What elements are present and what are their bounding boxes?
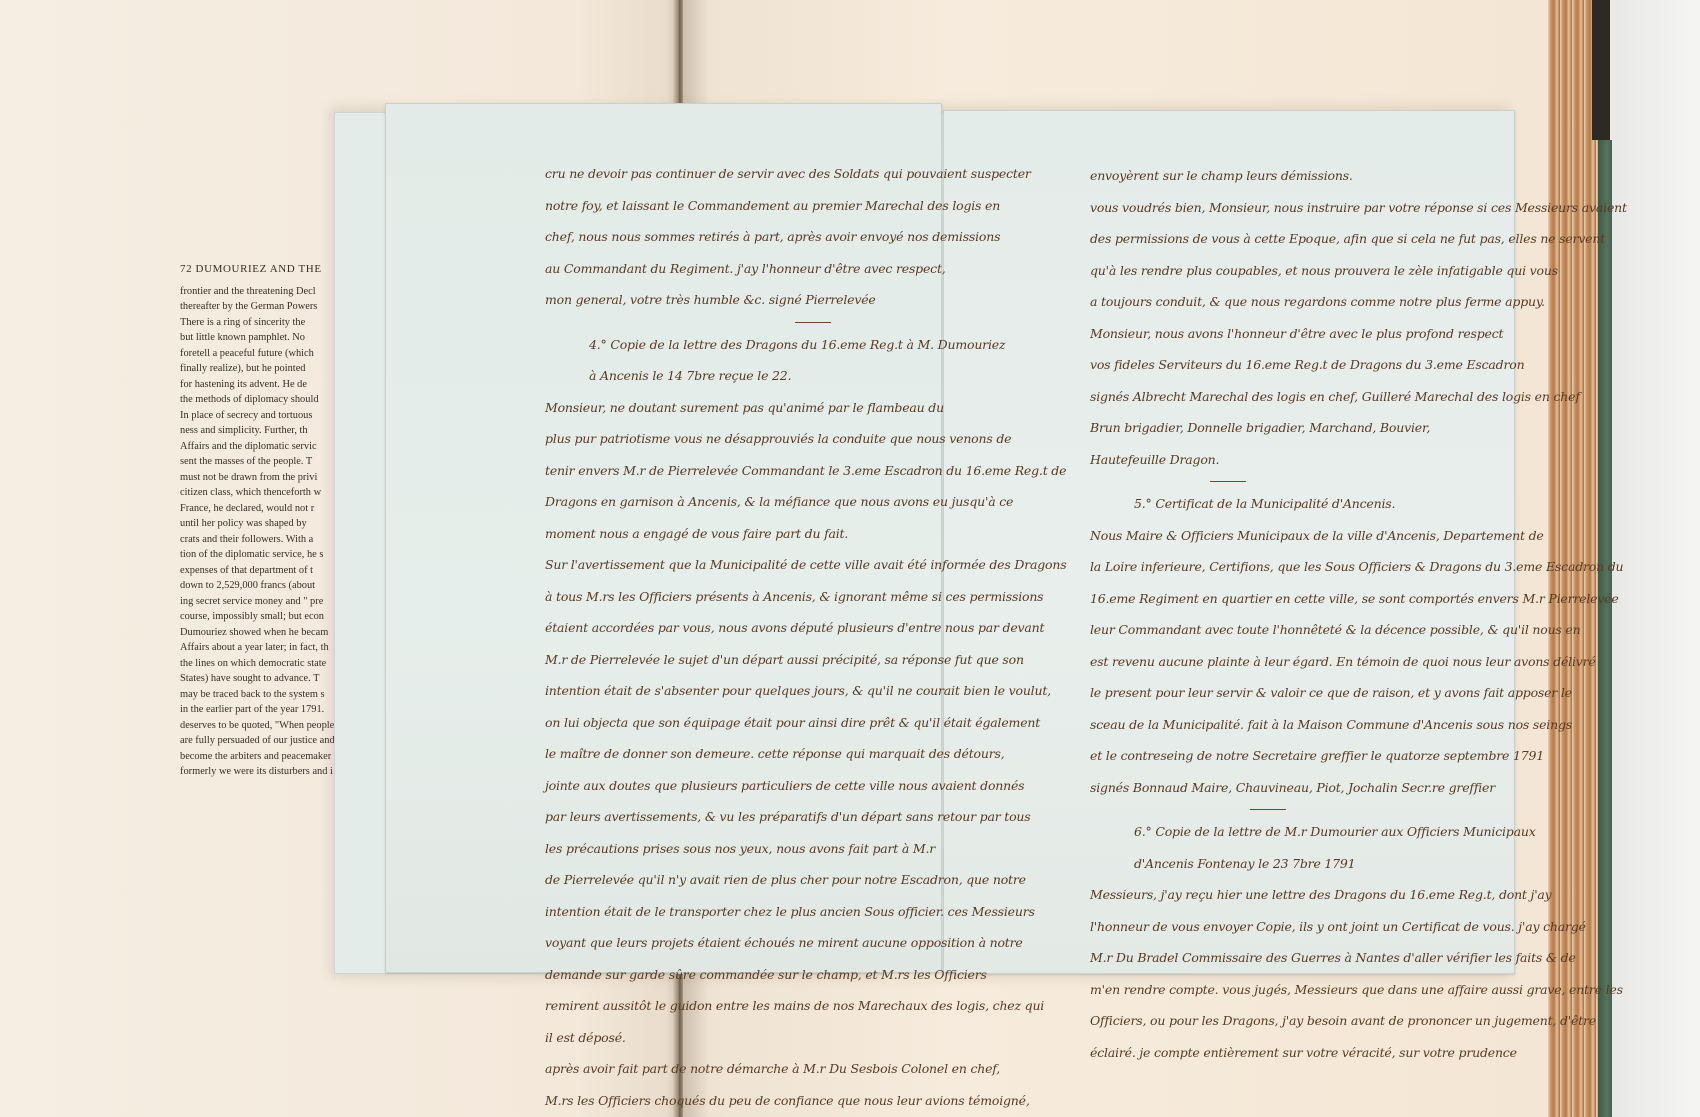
handwritten-line: vos fideles Serviteurs du 16.eme Reg.t d… <box>1090 349 1627 381</box>
divider-rule <box>1250 809 1286 810</box>
handwritten-line: moment nous a engagé de vous faire part … <box>545 518 1066 550</box>
handwritten-line: les précautions prises sous nos yeux, no… <box>545 833 1066 865</box>
section-4-heading: 4.° Copie de la lettre des Dragons du 16… <box>545 329 1066 392</box>
handwritten-line: sceau de la Municipalité. fait à la Mais… <box>1090 709 1627 741</box>
handwritten-line: cru ne devoir pas continuer de servir av… <box>545 158 1066 190</box>
handwritten-line: on lui objecta que son équipage était po… <box>545 707 1066 739</box>
section-6-body: Messieurs, j'ay reçu hier une lettre des… <box>1090 879 1627 1068</box>
handwritten-line: Sur l'avertissement que la Municipalité … <box>545 549 1066 581</box>
handwritten-line: Messieurs, j'ay reçu hier une lettre des… <box>1090 879 1627 911</box>
running-header: 72 DUMOURIEZ AND THE <box>180 262 340 278</box>
handwritten-line: M.rs les Officiers choqués du peu de con… <box>545 1085 1066 1117</box>
handwritten-line: à tous M.rs les Officiers présents à Anc… <box>545 581 1066 613</box>
handwritten-line: Monsieur, nous avons l'honneur d'être av… <box>1090 318 1627 350</box>
printed-line: thereafter by the German Powers <box>180 299 340 315</box>
printed-line: are fully persuaded of our justice and <box>180 733 340 749</box>
printed-line: finally realize), but he pointed <box>180 361 340 377</box>
printed-line: tion of the diplomatic service, he s <box>180 547 340 563</box>
printed-line: expenses of that department of t <box>180 563 340 579</box>
printed-line: ing secret service money and " pre <box>180 594 340 610</box>
handwritten-line: m'en rendre compte. vous jugés, Messieur… <box>1090 974 1627 1006</box>
printed-line: There is a ring of sincerity the <box>180 315 340 331</box>
printed-line: course, impossibly small; but econ <box>180 609 340 625</box>
printed-line: frontier and the threatening Decl <box>180 284 340 300</box>
handwritten-line: le maître de donner son demeure. cette r… <box>545 738 1066 770</box>
section-6-heading: 6.° Copie de la lettre de M.r Dumourier … <box>1090 816 1627 879</box>
printed-line: in the earlier part of the year 1791. <box>180 702 340 718</box>
handwritten-line: au Commandant du Regiment. j'ay l'honneu… <box>545 253 1066 285</box>
printed-line: foretell a peaceful future (which <box>180 346 340 362</box>
printed-line: deserves to be quoted, "When people <box>180 718 340 734</box>
handwritten-line: remirent aussitôt le guidon entre les ma… <box>545 990 1066 1022</box>
handwritten-line: vous voudrés bien, Monsieur, nous instru… <box>1090 192 1627 224</box>
manuscript-left-text: cru ne devoir pas continuer de servir av… <box>545 158 1066 1116</box>
handwritten-line: jointe aux doutes que plusieurs particul… <box>545 770 1066 802</box>
handwritten-line: éclairé. je compte entièrement sur votre… <box>1090 1037 1627 1069</box>
handwritten-line: mon general, votre très humble &c. signé… <box>545 284 1066 316</box>
printed-line: ness and simplicity. Further, th <box>180 423 340 439</box>
handwritten-line: M.r Du Bradel Commissaire des Guerres à … <box>1090 942 1627 974</box>
handwritten-line: des permissions de vous à cette Epoque, … <box>1090 223 1627 255</box>
printed-line: until her policy was shaped by <box>180 516 340 532</box>
handwritten-line: par leurs avertissements, & vu les prépa… <box>545 801 1066 833</box>
handwritten-line: notre foy, et laissant le Commandement a… <box>545 190 1066 222</box>
printed-line: crats and their followers. With a <box>180 532 340 548</box>
handwritten-line: le present pour leur servir & valoir ce … <box>1090 677 1627 709</box>
printed-line: Dumouriez showed when he becam <box>180 625 340 641</box>
divider-rule <box>795 322 831 323</box>
left-opening-lines: cru ne devoir pas continuer de servir av… <box>545 158 1066 316</box>
handwritten-line: intention était de s'absenter pour quelq… <box>545 675 1066 707</box>
handwritten-line: plus pur patriotisme vous ne désapprouvi… <box>545 423 1066 455</box>
printed-line: must not be drawn from the privi <box>180 470 340 486</box>
printed-line: France, he declared, would not r <box>180 501 340 517</box>
printed-line: the methods of diplomacy should <box>180 392 340 408</box>
printed-lines: frontier and the threatening Declthereaf… <box>180 284 340 780</box>
handwritten-line: Officiers, ou pour les Dragons, j'ay bes… <box>1090 1005 1627 1037</box>
handwritten-line: l'honneur de vous envoyer Copie, ils y o… <box>1090 911 1627 943</box>
handwritten-heading-line: 4.° Copie de la lettre des Dragons du 16… <box>589 329 1066 361</box>
printed-line: become the arbiters and peacemaker <box>180 749 340 765</box>
handwritten-line: après avoir fait part de notre démarche … <box>545 1053 1066 1085</box>
handwritten-heading-line: à Ancenis le 14 7bre reçue le 22. <box>589 360 1066 392</box>
handwritten-line: chef, nous nous sommes retirés à part, a… <box>545 221 1066 253</box>
handwritten-line: envoyèrent sur le champ leurs démissions… <box>1090 160 1627 192</box>
handwritten-line: il est déposé. <box>545 1022 1066 1054</box>
printed-line: formerly we were its disturbers and i <box>180 764 340 780</box>
section-5-body: Nous Maire & Officiers Municipaux de la … <box>1090 520 1627 804</box>
handwritten-line: qu'à les rendre plus coupables, et nous … <box>1090 255 1627 287</box>
printed-line: down to 2,529,000 francs (about <box>180 578 340 594</box>
printed-line: In place of secrecy and tortuous <box>180 408 340 424</box>
handwritten-line: leur Commandant avec toute l'honnêteté &… <box>1090 614 1627 646</box>
printed-text-block: 72 DUMOURIEZ AND THE frontier and the th… <box>180 262 340 780</box>
printed-line: for hastening its advent. He de <box>180 377 340 393</box>
handwritten-line: M.r de Pierrelevée le sujet d'un départ … <box>545 644 1066 676</box>
handwritten-line: intention était de le transporter chez l… <box>545 896 1066 928</box>
manuscript-right-text: envoyèrent sur le champ leurs démissions… <box>1090 160 1627 1068</box>
handwritten-heading-line: d'Ancenis Fontenay le 23 7bre 1791 <box>1134 848 1627 880</box>
printed-line: citizen class, which thenceforth w <box>180 485 340 501</box>
printed-line: the lines on which democratic state <box>180 656 340 672</box>
printed-line: Affairs about a year later; in fact, th <box>180 640 340 656</box>
handwritten-line: demande sur garde sûre commandée sur le … <box>545 959 1066 991</box>
handwritten-line: Nous Maire & Officiers Municipaux de la … <box>1090 520 1627 552</box>
handwritten-line: Monsieur, ne doutant surement pas qu'ani… <box>545 392 1066 424</box>
handwritten-line: de Pierrelevée qu'il n'y avait rien de p… <box>545 864 1066 896</box>
handwritten-heading-line: 6.° Copie de la lettre de M.r Dumourier … <box>1134 816 1627 848</box>
printed-line: but little known pamphlet. No <box>180 330 340 346</box>
book-binding-corner <box>1592 0 1610 140</box>
handwritten-line: signés Bonnaud Maire, Chauvineau, Piot, … <box>1090 772 1627 804</box>
divider-rule <box>1210 481 1246 482</box>
handwritten-line: Brun brigadier, Donnelle brigadier, Marc… <box>1090 412 1627 444</box>
handwritten-line: tenir envers M.r de Pierrelevée Commanda… <box>545 455 1066 487</box>
section-4-body: Monsieur, ne doutant surement pas qu'ani… <box>545 392 1066 1117</box>
handwritten-line: et le contreseing de notre Secretaire gr… <box>1090 740 1627 772</box>
handwritten-line: étaient accordées par vous, nous avons d… <box>545 612 1066 644</box>
handwritten-line: Hautefeuille Dragon. <box>1090 444 1627 476</box>
printed-line: sent the masses of the people. T <box>180 454 340 470</box>
handwritten-line: la Loire inferieure, Certifions, que les… <box>1090 551 1627 583</box>
handwritten-line: Dragons en garnison à Ancenis, & la méfi… <box>545 486 1066 518</box>
handwritten-line: est revenu aucune plainte à leur égard. … <box>1090 646 1627 678</box>
right-opening-lines: envoyèrent sur le champ leurs démissions… <box>1090 160 1627 475</box>
handwritten-line: 16.eme Regiment en quartier en cette vil… <box>1090 583 1627 615</box>
printed-line: States) have sought to advance. T <box>180 671 340 687</box>
printed-line: Affairs and the diplomatic servic <box>180 439 340 455</box>
section-5-heading: 5.° Certificat de la Municipalité d'Ance… <box>1090 488 1627 520</box>
handwritten-line: voyant que leurs projets étaient échoués… <box>545 927 1066 959</box>
handwritten-line: a toujours conduit, & que nous regardons… <box>1090 286 1627 318</box>
handwritten-line: signés Albrecht Marechal des logis en ch… <box>1090 381 1627 413</box>
printed-line: may be traced back to the system s <box>180 687 340 703</box>
